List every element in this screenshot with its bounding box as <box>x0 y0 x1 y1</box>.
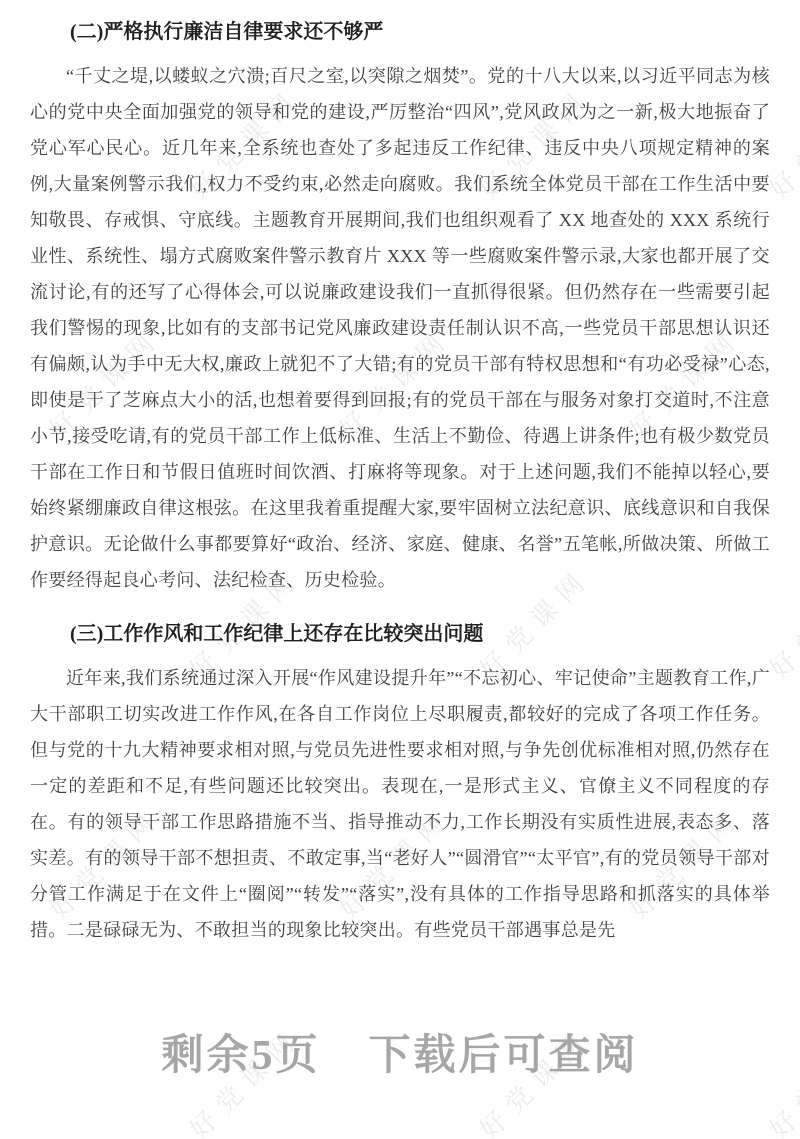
download-to-view-hint: 下载后可查阅 <box>369 1028 639 1084</box>
section-heading-2: (二)严格执行廉洁自律要求还不够严 <box>30 14 770 50</box>
remaining-pages-notice: 剩余5页 下载后可查阅 <box>0 1028 800 1084</box>
section-3-paragraph: 近年来,我们系统通过深入开展“作风建设提升年”“不忘初心、牢记使命”主题教育工作… <box>30 660 770 948</box>
document-content: (二)严格执行廉洁自律要求还不够严 “千丈之堤,以蝼蚁之穴溃;百尺之室,以突隙之… <box>0 0 800 948</box>
section-heading-3: (三)工作作风和工作纪律上还存在比较突出问题 <box>30 616 770 652</box>
remaining-pages-count: 剩余5页 <box>161 1028 320 1084</box>
document-page: 好党课网好党课网好党课网好党课网好党课网好党课网好党课网好党课网好党课网好党课网… <box>0 0 800 1139</box>
section-2-paragraph: “千丈之堤,以蝼蚁之穴溃;百尺之室,以突隙之烟焚”。党的十八大以来,以习近平同志… <box>30 58 770 598</box>
